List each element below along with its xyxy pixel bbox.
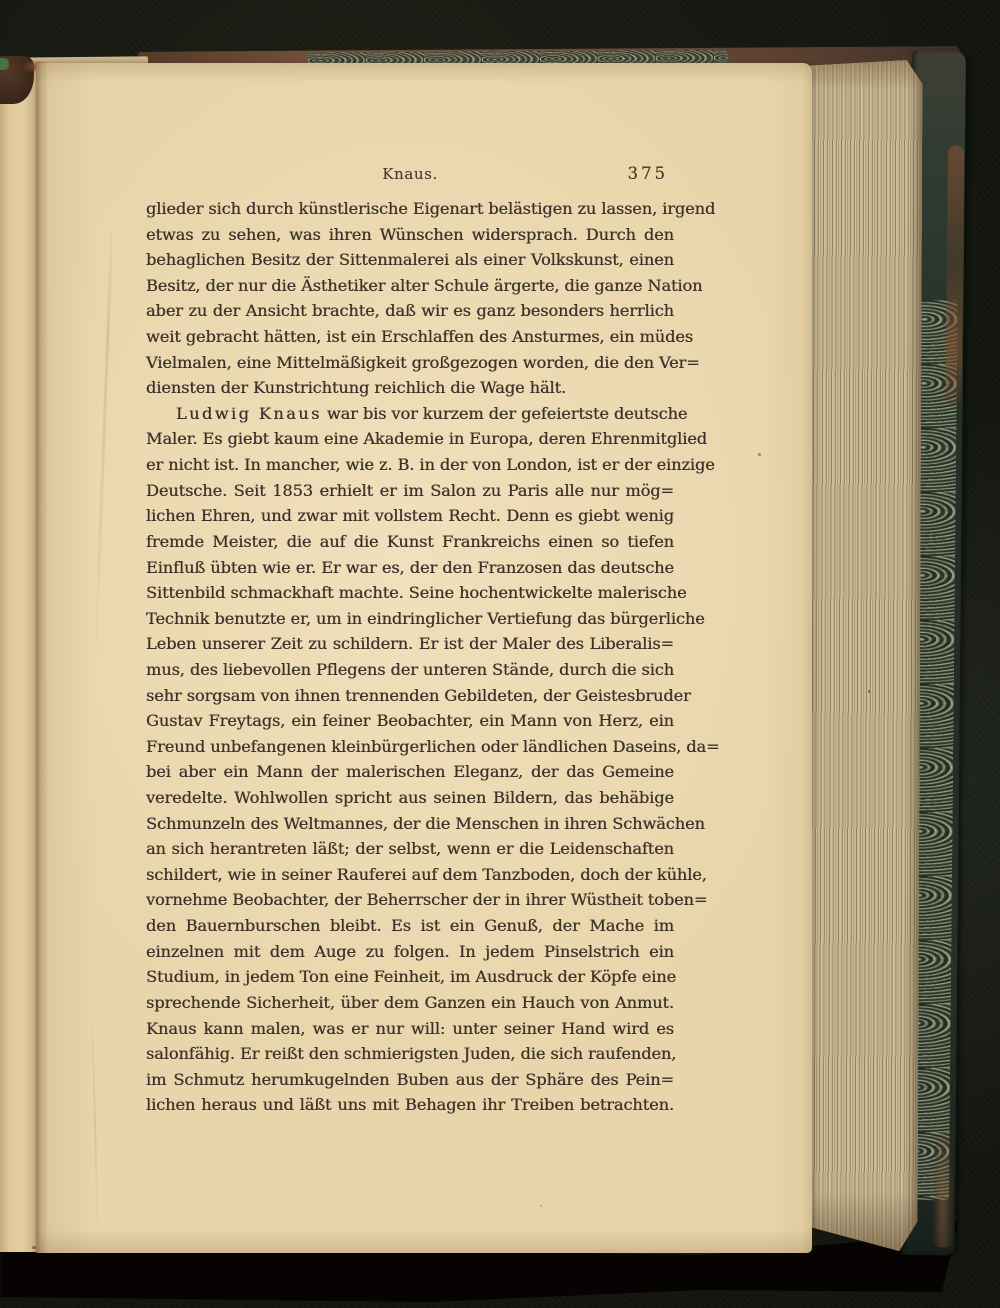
text-line: bei aber ein Mann der malerischen Elegan…: [146, 759, 674, 785]
text-line: Sittenbild schmackhaft machte. Seine hoc…: [146, 580, 674, 606]
text-line: Ludwig Knaus war bis vor kurzem der gefe…: [146, 401, 674, 427]
text-line: veredelte. Wohlwollen spricht aus seinen…: [146, 785, 674, 811]
text-line: schildert, wie in seiner Rauferei auf de…: [146, 862, 674, 888]
dust-speck: [32, 1246, 36, 1249]
text-line: fremde Meister, die auf die Kunst Frankr…: [146, 529, 674, 555]
text-line: mus, des liebevollen Pflegens der untere…: [146, 657, 674, 683]
spaced-name: Ludwig Knaus: [176, 404, 322, 423]
text-line: Einfluß übten wie er. Er war es, der den…: [146, 555, 674, 581]
text-line: aber zu der Ansicht brachte, daß wir es …: [146, 298, 674, 324]
text-block: Knaus. 375 glieder sich durch künstleris…: [146, 162, 674, 1118]
text-line: behaglichen Besitz der Sittenmalerei als…: [146, 247, 674, 273]
text-line: Freund unbefangenen kleinbürgerlichen od…: [146, 734, 674, 760]
text-line: Gustav Freytags, ein feiner Beobachter, …: [146, 708, 674, 734]
text-line: Studium, in jedem Ton eine Feinheit, im …: [146, 964, 674, 990]
cover-worn-patch-bottom: [933, 1127, 954, 1247]
page-gutter: [0, 62, 40, 1252]
fore-edge-page-stack: [803, 60, 922, 1252]
text-line: Vielmalen, eine Mittelmäßigkeit großgezo…: [146, 350, 674, 376]
text-line: Technik benutzte er, um in eindringliche…: [146, 606, 674, 632]
page-crease-lower: [91, 1003, 99, 1243]
text-line: weit gebracht hätten, ist ein Erschlaffe…: [146, 324, 674, 350]
text-line: vornehme Beobachter, der Beherrscher der…: [146, 887, 674, 913]
text-line: salonfähig. Er reißt den schmierigsten J…: [146, 1041, 674, 1067]
dust-speck: [758, 453, 761, 456]
text-line: Besitz, der nur die Ästhetiker alter Sch…: [146, 273, 674, 299]
text-line: im Schmutz herumkugelnden Buben aus der …: [146, 1067, 674, 1093]
page-crease-upper: [93, 213, 114, 683]
page-body: glieder sich durch künstlerische Eigenar…: [146, 196, 674, 1118]
text-line: den Bauernburschen bleibt. Es ist ein Ge…: [146, 913, 674, 939]
page-number: 375: [628, 162, 669, 186]
text-line: er nicht ist. In mancher, wie z. B. in d…: [146, 452, 674, 478]
text-line: einzelnen mit dem Auge zu folgen. In jed…: [146, 939, 674, 965]
text-line: Schmunzeln des Weltmannes, der die Mensc…: [146, 811, 674, 837]
text-line: glieder sich durch künstlerische Eigenar…: [146, 196, 674, 222]
text-line: sehr sorgsam von ihnen trennenden Gebild…: [146, 683, 674, 709]
text-line: lichen heraus und läßt uns mit Behagen i…: [146, 1092, 674, 1118]
running-title: Knaus.: [146, 162, 674, 186]
text-line: lichen Ehren, und zwar mit vollstem Rech…: [146, 503, 674, 529]
text-line: Maler. Es giebt kaum eine Akademie in Eu…: [146, 426, 674, 452]
dust-speck: [868, 690, 870, 693]
text-line: sprechende Sicherheit, über dem Ganzen e…: [146, 990, 674, 1016]
text-line: Leben unserer Zeit zu schildern. Er ist …: [146, 631, 674, 657]
text-line: Deutsche. Seit 1853 erhielt er im Salon …: [146, 478, 674, 504]
text-line: diensten der Kunstrichtung reichlich die…: [146, 375, 674, 401]
dust-speck: [540, 1205, 542, 1207]
text-line: Knaus kann malen, was er nur will: unter…: [146, 1016, 674, 1042]
text-line: etwas zu sehen, was ihren Wünschen wider…: [146, 222, 674, 248]
text-line: an sich herantreten läßt; der selbst, we…: [146, 836, 674, 862]
cover-worn-patch-top: [946, 145, 964, 405]
page-header: Knaus. 375: [146, 162, 674, 186]
green-speck: [0, 58, 9, 70]
